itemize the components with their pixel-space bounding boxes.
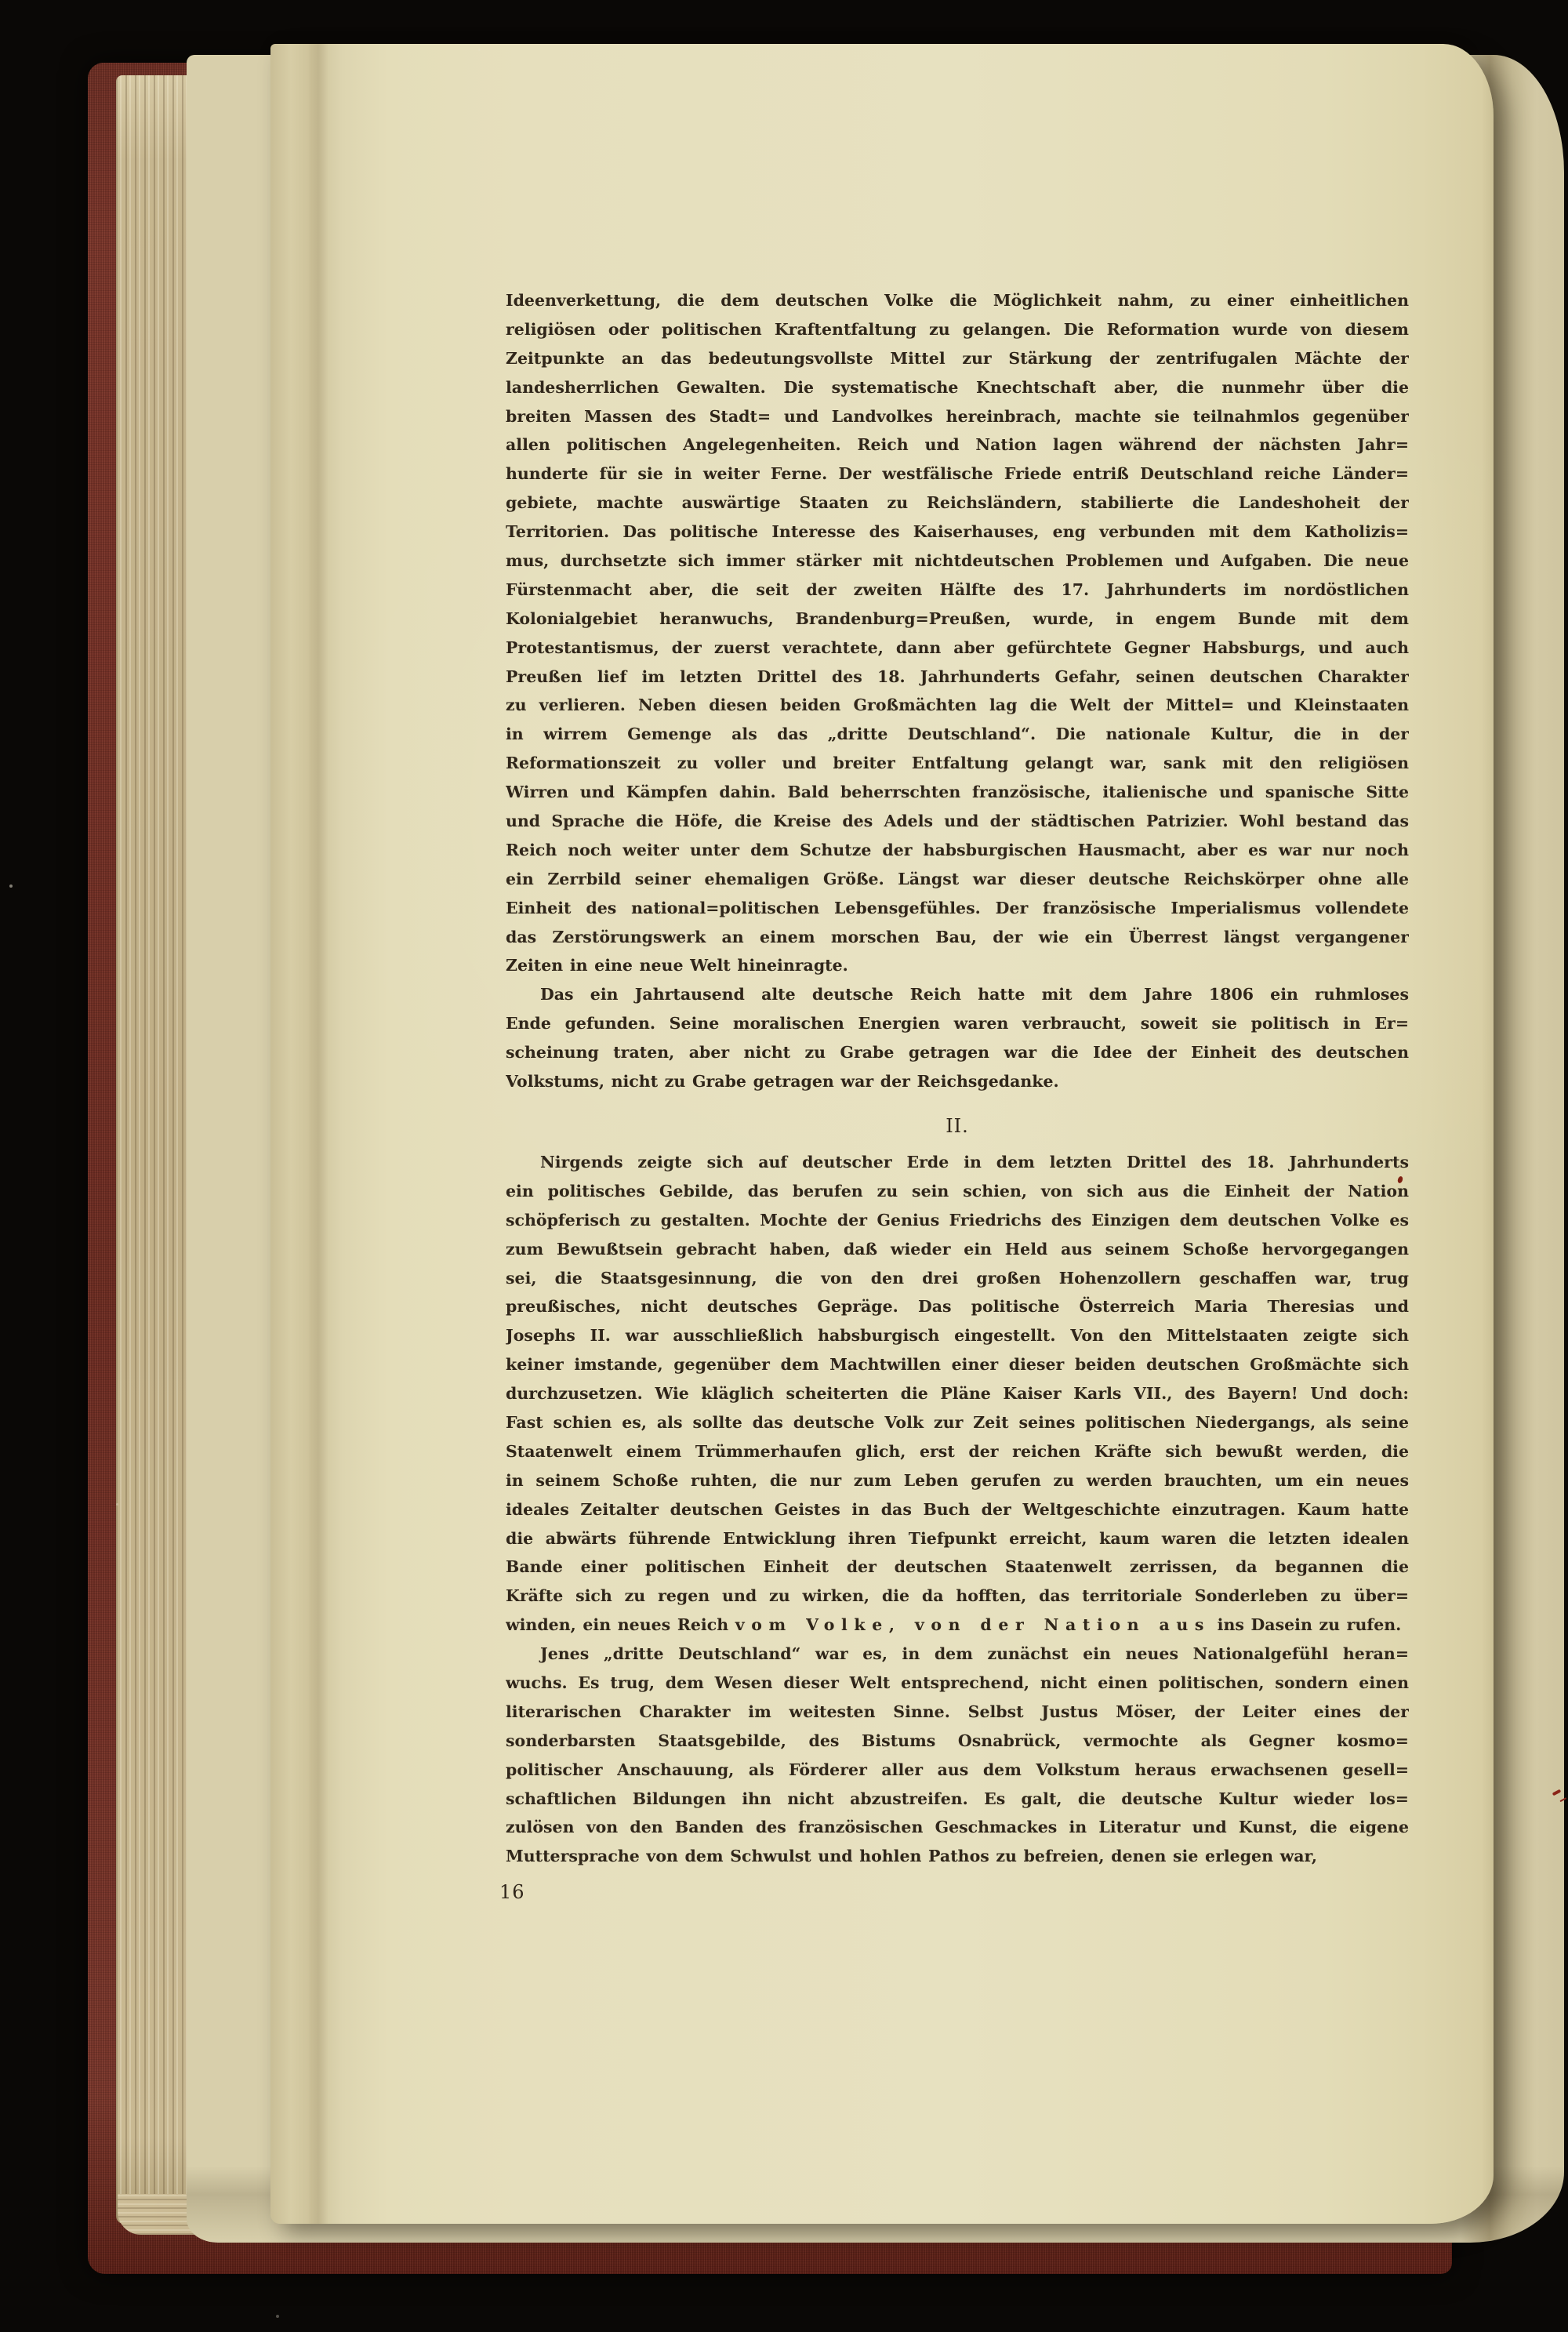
text-line: mus, durchsetzte sich immer stärker mit …	[506, 547, 1409, 576]
text-line: ein Zerrbild seiner ehemaligen Größe. Lä…	[506, 865, 1409, 894]
text-line: Volkstums, nicht zu Grabe getragen war d…	[506, 1067, 1409, 1096]
page-number: 16	[499, 1881, 1409, 1903]
text-line: die abwärts führende Entwicklung ihren T…	[506, 1524, 1409, 1553]
text-line: Zeiten in eine neue Welt hineinragte.	[506, 951, 1409, 980]
text-line: scheinung traten, aber nicht zu Grabe ge…	[506, 1038, 1409, 1067]
text-line: Einheit des national=politischen Lebensg…	[506, 894, 1409, 923]
text-line: Reformationszeit zu voller und breiter E…	[506, 749, 1409, 778]
text-line: landesherrlichen Gewalten. Die systemati…	[506, 373, 1409, 402]
dust-speck	[478, 49, 481, 51]
text-line: breiten Massen des Stadt= und Landvolkes…	[506, 402, 1409, 431]
text-line: Fast schien es, als sollte das deutsche …	[506, 1408, 1409, 1437]
text-line: Das ein Jahrtausend alte deutsche Reich …	[506, 980, 1409, 1009]
dust-speck	[116, 1503, 118, 1506]
page-edge-stack-left	[116, 75, 198, 2224]
text-line: Ideenverkettung, die dem deutschen Volke…	[506, 286, 1409, 315]
text-line: Muttersprache von dem Schwulst und hohle…	[506, 1842, 1409, 1871]
text-line: in wirrem Gemenge als das „dritte Deutsc…	[506, 720, 1409, 749]
text-line: schaftlichen Bildungen ihn nicht abzustr…	[506, 1785, 1409, 1814]
text-line: Zeitpunkte an das bedeutungsvollste Mitt…	[506, 344, 1409, 373]
main-page: Ideenverkettung, die dem deutschen Volke…	[270, 44, 1494, 2224]
gutter-fold-shadow	[308, 44, 328, 2224]
text-line: Kräfte sich zu regen und zu wirken, die …	[506, 1582, 1409, 1611]
text-line: Preußen lief im letzten Drittel des 18. …	[506, 663, 1409, 692]
text-run: ins Dasein zu rufen.	[1210, 1615, 1401, 1634]
letterspaced-phrase: vom Volke, von der Nation aus	[735, 1615, 1210, 1634]
text-line: winden, ein neues Reich vom Volke, von d…	[506, 1611, 1409, 1640]
text-run: winden, ein neues Reich	[506, 1615, 735, 1634]
text-line: Staatenwelt einem Trümmerhaufen glich, e…	[506, 1437, 1409, 1466]
text-line: Kolonialgebiet heranwuchs, Brandenburg=P…	[506, 605, 1409, 634]
text-line: Fürstenmacht aber, die seit der zweiten …	[506, 576, 1409, 605]
text-line: religiösen oder politischen Kraftentfalt…	[506, 315, 1409, 344]
text-line: preußisches, nicht deutsches Gepräge. Da…	[506, 1292, 1409, 1321]
text-line: gebiete, machte auswärtige Staaten zu Re…	[506, 489, 1409, 518]
text-flow: Ideenverkettung, die dem deutschen Volke…	[506, 286, 1409, 1871]
text-line: Bande einer politischen Einheit der deut…	[506, 1553, 1409, 1582]
text-line: in seinem Schoße ruhten, die nur zum Leb…	[506, 1466, 1409, 1495]
text-line: und Sprache die Höfe, die Kreise des Ade…	[506, 807, 1409, 836]
text-line: das Zerstörungswerk an einem morschen Ba…	[506, 923, 1409, 952]
text-line: Wirren und Kämpfen dahin. Bald beherrsch…	[506, 778, 1409, 807]
text-line: durchzusetzen. Wie kläglich scheiterten …	[506, 1379, 1409, 1408]
text-line: Protestantismus, der zuerst verachtete, …	[506, 634, 1409, 663]
text-line: Josephs II. war ausschließlich habsburgi…	[506, 1321, 1409, 1350]
text-line: ideales Zeitalter deutschen Geistes in d…	[506, 1495, 1409, 1524]
text-line: Ende gefunden. Seine moralischen Energie…	[506, 1009, 1409, 1038]
text-line: schöpferisch zu gestalten. Mochte der Ge…	[506, 1206, 1409, 1235]
text-line: literarischen Charakter im weitesten Sin…	[506, 1698, 1409, 1727]
dust-speck	[276, 2315, 279, 2318]
text-line: sonderbarsten Staatsgebilde, des Bistums…	[506, 1727, 1409, 1756]
text-line: politischer Anschauung, als Förderer all…	[506, 1756, 1409, 1785]
text-line: Nirgends zeigte sich auf deutscher Erde …	[506, 1148, 1409, 1177]
photo-background: { "photo": { "background_color": "#0a080…	[0, 0, 1568, 2332]
text-line: hunderte für sie in weiter Ferne. Der we…	[506, 459, 1409, 489]
text-line: ein politisches Gebilde, das berufen zu …	[506, 1177, 1409, 1206]
text-line: zulösen von den Banden des französischen…	[506, 1813, 1409, 1842]
text-line: sei, die Staatsgesinnung, die von den dr…	[506, 1264, 1409, 1293]
text-line: allen politischen Angelegenheiten. Reich…	[506, 430, 1409, 459]
text-block: Ideenverkettung, die dem deutschen Volke…	[506, 286, 1409, 1903]
text-line: Territorien. Das politische Interesse de…	[506, 518, 1409, 547]
text-line: keiner imstande, gegenüber dem Machtwill…	[506, 1350, 1409, 1379]
text-line: zum Bewußtsein gebracht haben, daß wiede…	[506, 1235, 1409, 1264]
text-line: zu verlieren. Neben diesen beiden Großmä…	[506, 691, 1409, 720]
section-heading: II.	[506, 1113, 1409, 1139]
text-line: wuchs. Es trug, dem Wesen dieser Welt en…	[506, 1669, 1409, 1698]
text-line: Jenes „dritte Deutschland“ war es, in de…	[506, 1640, 1409, 1669]
dust-speck	[9, 884, 13, 888]
text-line: Reich noch weiter unter dem Schutze der …	[506, 836, 1409, 865]
